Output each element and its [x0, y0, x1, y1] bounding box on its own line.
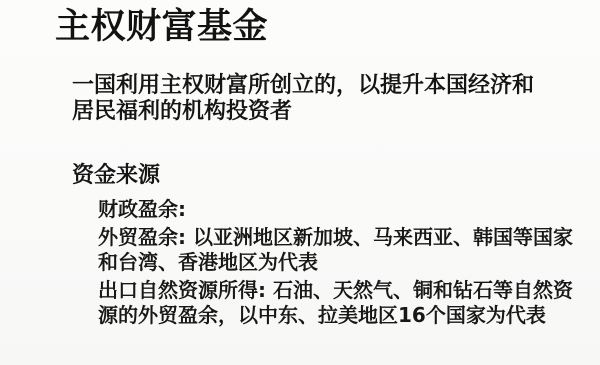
- list-item-trade-surplus: 外贸盈余: 以亚洲地区新加坡、马来西亚、韩国等国家和台湾、香港地区为代表: [98, 225, 580, 275]
- list-item-natural-resources-income: 出口自然资源所得: 石油、天然气、铜和钻石等自然资源的外贸盈余，以中东、拉美地区…: [98, 278, 580, 328]
- slide-page: { "slide": { "title": "主权财富基金", "definit…: [0, 0, 600, 365]
- section-heading-funding-sources: 资金来源: [0, 125, 600, 188]
- list-item-fiscal-surplus: 财政盈余:: [98, 197, 580, 222]
- funding-sources-list: 财政盈余: 外贸盈余: 以亚洲地区新加坡、马来西亚、韩国等国家和台湾、香港地区为…: [0, 188, 580, 328]
- slide-title: 主权财富基金: [0, 0, 600, 48]
- presentation-slide: 主权财富基金 一国利用主权财富所创立的，以提升本国经济和居民福利的机构投资者 资…: [0, 0, 600, 365]
- definition-paragraph: 一国利用主权财富所创立的，以提升本国经济和居民福利的机构投资者: [0, 48, 544, 125]
